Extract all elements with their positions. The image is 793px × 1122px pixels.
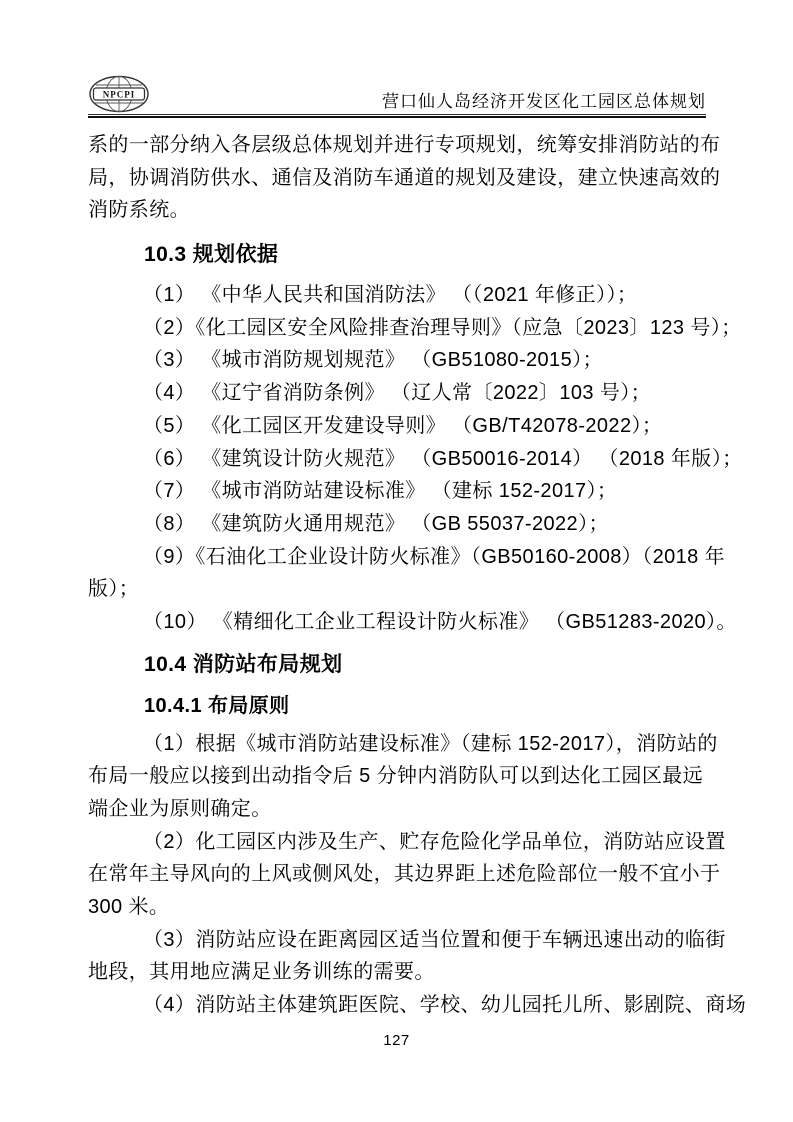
globe-logo-icon: NPCPI	[88, 75, 150, 113]
paragraph-line: 地段，其用地应满足业务训练的需要。	[88, 956, 710, 989]
reference-item: （1） 《中华人民共和国消防法》 （（2021 年修正））；	[88, 279, 710, 312]
intro-line: 消防系统。	[88, 194, 710, 227]
reference-item-wrap: 版）；	[88, 573, 710, 606]
intro-line: 系的一部分纳入各层级总体规划并进行专项规划，统筹安排消防站的布	[88, 129, 710, 162]
logo-text: NPCPI	[103, 90, 136, 100]
section-heading-10-4: 10.4 消防站布局规划	[88, 648, 710, 682]
paragraph-line: 在常年主导风向的上风或侧风处，其边界距上述危险部位一般不宜小于	[88, 858, 710, 891]
reference-item: （6） 《建筑设计防火规范》 （GB50016-2014） （2018 年版）；	[88, 443, 710, 476]
section-heading-10-3: 10.3 规划依据	[88, 238, 710, 272]
reference-item: （10） 《精细化工企业工程设计防火标准》 （GB51283-2020）。	[88, 606, 710, 639]
paragraph-line: 布局一般应以接到出动指令后 5 分钟内消防队可以到达化工园区最远	[88, 760, 710, 793]
reference-item: （9）《石油化工企业设计防火标准》（GB50160-2008）（2018 年	[88, 541, 710, 574]
section-heading-10-4-1: 10.4.1 布局原则	[88, 689, 710, 723]
reference-item: （5） 《化工园区开发建设导则》 （GB/T42078-2022）；	[88, 410, 710, 443]
page-number: 127	[383, 1032, 410, 1049]
header-title: 营口仙人岛经济开发区化工园区总体规划	[382, 93, 706, 114]
page-header: NPCPI 营口仙人岛经济开发区化工园区总体规划	[88, 72, 706, 114]
paragraph-line: （2）化工园区内涉及生产、贮存危险化学品单位，消防站应设置	[88, 826, 710, 859]
reference-item: （8） 《建筑防火通用规范》 （GB 55037-2022）；	[88, 508, 710, 541]
reference-item: （4） 《辽宁省消防条例》 （辽人常〔2022〕103 号）；	[88, 377, 710, 410]
reference-item: （7） 《城市消防站建设标准》 （建标 152-2017）；	[88, 475, 710, 508]
document-page: NPCPI 营口仙人岛经济开发区化工园区总体规划 系的一部分纳入各层级总体规划并…	[0, 0, 793, 1122]
paragraph-line: （3）消防站应设在距离园区适当位置和便于车辆迅速出动的临街	[88, 924, 710, 957]
paragraph-line: （4）消防站主体建筑距医院、学校、幼儿园托儿所、影剧院、商场	[88, 989, 710, 1022]
npcpi-logo: NPCPI	[88, 75, 150, 113]
paragraph-line: 300 米。	[88, 891, 710, 924]
paragraph-line: 端企业为原则确定。	[88, 793, 710, 826]
page-footer: 127	[0, 1032, 793, 1050]
reference-item: （3） 《城市消防规划规范》 （GB51080-2015）；	[88, 344, 710, 377]
intro-line: 局，协调消防供水、通信及消防车通道的规划及建设，建立快速高效的	[88, 162, 710, 195]
reference-item: （2）《化工园区安全风险排查治理导则》（应急〔2023〕123 号）；	[88, 312, 710, 345]
page-content: 系的一部分纳入各层级总体规划并进行专项规划，统筹安排消防站的布 局，协调消防供水…	[88, 129, 710, 1022]
paragraph-line: （1）根据《城市消防站建设标准》（建标 152-2017），消防站的	[88, 728, 710, 761]
header-rule	[88, 114, 706, 118]
